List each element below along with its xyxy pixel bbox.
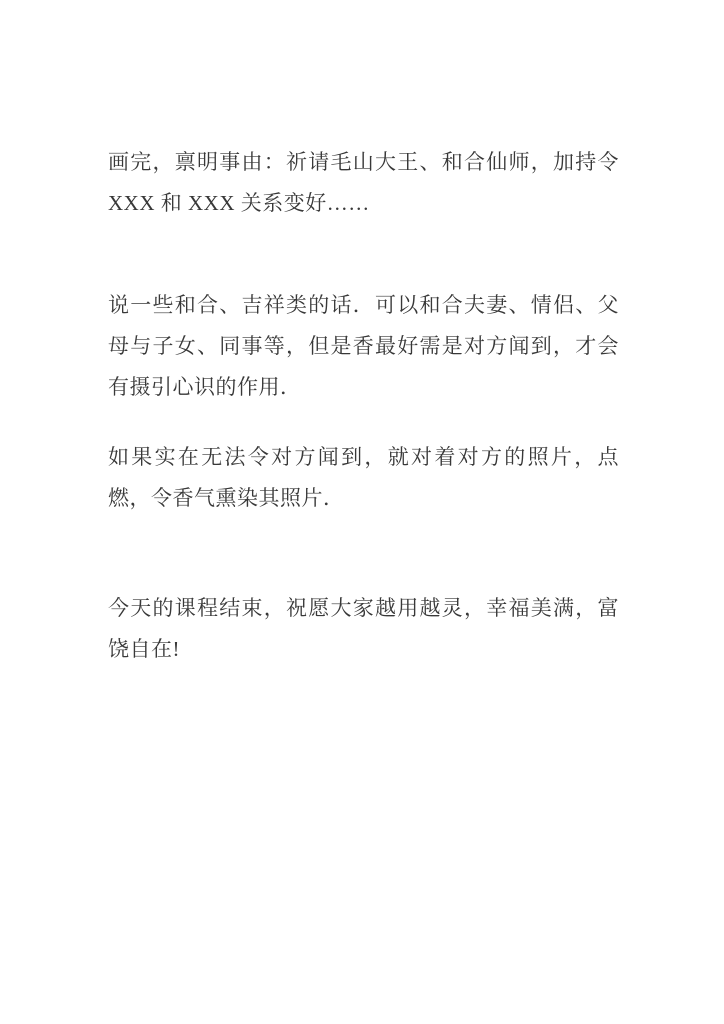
paragraph-4: 今天的课程结束，祝愿大家越用越灵，幸福美满，富饶自在! [108,588,619,670]
document-page: 画完，禀明事由：祈请毛山大王、和合仙师，加持令 XXX 和 XXX 关系变好……… [0,0,724,1024]
paragraph-3: 如果实在无法令对方闻到，就对着对方的照片，点燃，令香气熏染其照片． [108,437,619,519]
paragraph-2: 说一些和合、吉祥类的话．可以和合夫妻、情侣、父母与子女、同事等，但是香最好需是对… [108,285,619,408]
paragraph-1: 画完，禀明事由：祈请毛山大王、和合仙师，加持令 XXX 和 XXX 关系变好…… [108,142,619,224]
